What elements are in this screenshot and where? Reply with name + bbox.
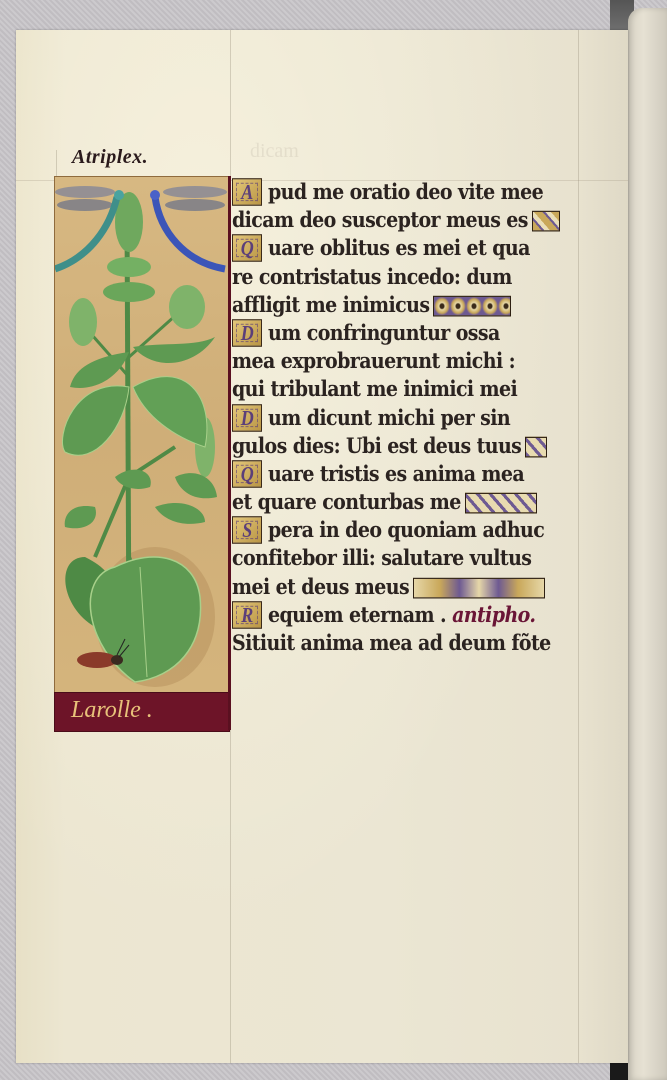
illuminated-initial-S: S — [232, 516, 262, 544]
line-filler-scroll-ornament — [413, 577, 545, 598]
text-line: Sitiuit anima mea ad deum fõte — [232, 627, 597, 659]
line-text: re contristatus incedo: dum — [232, 264, 512, 289]
line-text: mei et deus meus — [232, 574, 409, 599]
line-text: confitebor illi: salutare vultus — [232, 546, 531, 571]
plant-french-name: Larolle . — [71, 697, 153, 724]
line-text: qui tribulant me inimici mei — [232, 377, 517, 402]
line-text: dicam deo susceptor meus es — [232, 208, 528, 233]
line-text: gulos dies: Ubi est deus tuus — [232, 433, 521, 458]
illuminated-initial-Q: Q — [232, 460, 262, 488]
text-line: qui tribulant me inimici mei — [232, 373, 597, 405]
line-text: equiem eternam . — [268, 602, 446, 627]
latin-text-column: A pud me oratio deo vite mee dicam deo s… — [232, 178, 597, 657]
illuminated-initial-D: D — [232, 319, 262, 347]
line-text: et quare conturbas me — [232, 489, 461, 514]
line-text: pud me oratio deo vite mee — [268, 179, 543, 204]
show-through-text: dicam — [250, 140, 299, 163]
plant-vernacular-label: Larolle . — [54, 692, 230, 732]
line-filler-ornament — [525, 436, 547, 457]
line-text: pera in deo quoniam adhuc — [268, 518, 544, 543]
plant-latin-name: Atriplex. — [72, 146, 148, 169]
line-text: mea exprobrauerunt michi : — [232, 348, 515, 373]
line-text: um confringuntur ossa — [268, 320, 500, 345]
line-text: Sitiuit anima mea ad deum fõte — [232, 630, 551, 655]
botanical-illustration — [54, 176, 230, 694]
text-line: confitebor illi: salutare vultus — [232, 542, 597, 574]
line-filler-ornament — [465, 493, 537, 514]
line-filler-ornament — [433, 296, 511, 317]
rubric-antiphon: antipho. — [452, 602, 535, 627]
line-filler-ornament — [532, 211, 560, 232]
dragonfly-left — [55, 186, 124, 269]
dragonfly-right — [150, 186, 227, 269]
illuminated-initial-A: A — [232, 178, 262, 206]
adjacent-leaf-edge — [628, 8, 667, 1080]
text-line: Q uare oblitus es mei et qua — [232, 232, 597, 264]
illuminated-initial-Q: Q — [232, 235, 262, 263]
illustration-frame-border — [228, 176, 231, 730]
line-text: um dicunt michi per sin — [268, 405, 510, 430]
illuminated-initial-R: R — [232, 601, 262, 629]
line-text: uare oblitus es mei et qua — [268, 236, 530, 261]
orache-plant-icon — [55, 177, 229, 693]
line-text: uare tristis es anima mea — [268, 461, 524, 486]
line-text: affligit me inimicus — [232, 292, 429, 317]
illuminated-initial-D: D — [232, 404, 262, 432]
